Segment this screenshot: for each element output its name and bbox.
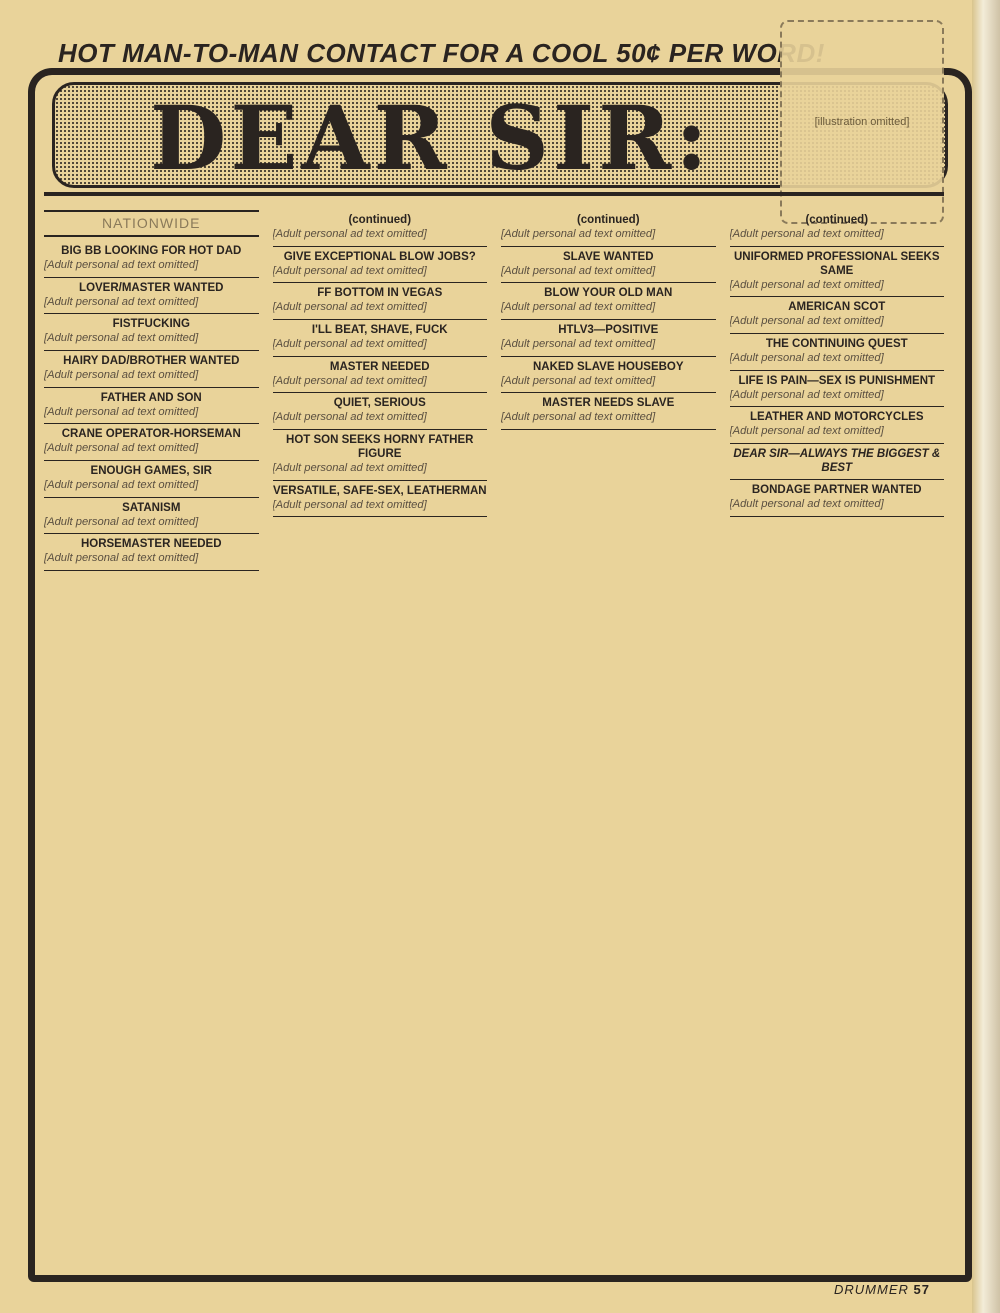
personal-ad: VERSATILE, SAFE-SEX, LEATHERMAN[Adult pe… <box>273 481 488 518</box>
personal-ad: DEAR SIR—ALWAYS THE BIGGEST & BEST <box>730 444 945 480</box>
ad-heading: SLAVE WANTED <box>501 250 716 264</box>
personal-ad: CRANE OPERATOR-HORSEMAN[Adult personal a… <box>44 424 259 461</box>
personal-ad: LIFE IS PAIN—SEX IS PUNISHMENT[Adult per… <box>730 371 945 408</box>
section-heading: NATIONWIDE <box>44 210 259 237</box>
column-1: NATIONWIDE BIG BB LOOKING FOR HOT DAD[Ad… <box>44 210 259 1250</box>
ad-body: [Adult personal ad text omitted] <box>273 375 488 389</box>
ad-body: [Adult personal ad text omitted] <box>501 375 716 389</box>
page-number: 57 <box>914 1282 930 1297</box>
personal-ad: LEATHER AND MOTORCYCLES[Adult personal a… <box>730 407 945 444</box>
ad-heading: LEATHER AND MOTORCYCLES <box>730 410 945 424</box>
personal-ad: GIVE EXCEPTIONAL BLOW JOBS?[Adult person… <box>273 247 488 284</box>
ad-heading: LIFE IS PAIN—SEX IS PUNISHMENT <box>730 374 945 388</box>
ad-heading: MASTER NEEDS SLAVE <box>501 396 716 410</box>
ad-body: [Adult personal ad text omitted] <box>44 406 259 420</box>
personal-ad: I'LL BEAT, SHAVE, FUCK[Adult personal ad… <box>273 320 488 357</box>
personal-ad: BIG BB LOOKING FOR HOT DAD[Adult persona… <box>44 241 259 278</box>
ad-body: [Adult personal ad text omitted] <box>273 228 488 242</box>
ad-heading: MASTER NEEDED <box>273 360 488 374</box>
ad-body: [Adult personal ad text omitted] <box>273 411 488 425</box>
ad-body: [Adult personal ad text omitted] <box>730 498 945 512</box>
ad-heading: (continued) <box>730 213 945 227</box>
ad-heading: HORSEMASTER NEEDED <box>44 537 259 551</box>
ad-heading: (continued) <box>273 213 488 227</box>
personal-ad: UNIFORMED PROFESSIONAL SEEKS SAME[Adult … <box>730 247 945 298</box>
ad-body: [Adult personal ad text omitted] <box>730 228 945 242</box>
personal-ad: QUIET, SERIOUS[Adult personal ad text om… <box>273 393 488 430</box>
tagline: HOT MAN-TO-MAN CONTACT FOR A COOL 50¢ PE… <box>58 38 825 69</box>
ad-heading: AMERICAN SCOT <box>730 300 945 314</box>
ad-heading: HTLV3—POSITIVE <box>501 323 716 337</box>
ad-body: [Adult personal ad text omitted] <box>44 479 259 493</box>
ad-heading: LOVER/MASTER WANTED <box>44 281 259 295</box>
divider <box>44 192 944 196</box>
ad-body: [Adult personal ad text omitted] <box>44 296 259 310</box>
ad-heading: I'LL BEAT, SHAVE, FUCK <box>273 323 488 337</box>
personal-ad: MASTER NEEDED[Adult personal ad text omi… <box>273 357 488 394</box>
personal-ad: FF BOTTOM IN VEGAS[Adult personal ad tex… <box>273 283 488 320</box>
ad-heading: FF BOTTOM IN VEGAS <box>273 286 488 300</box>
personal-ad: FATHER AND SON[Adult personal ad text om… <box>44 388 259 425</box>
ad-body: [Adult personal ad text omitted] <box>501 338 716 352</box>
ad-heading: SATANISM <box>44 501 259 515</box>
ad-body: [Adult personal ad text omitted] <box>730 279 945 293</box>
personal-ad: HOT SON SEEKS HORNY FATHER FIGURE[Adult … <box>273 430 488 481</box>
ad-body: [Adult personal ad text omitted] <box>44 259 259 273</box>
ad-columns: NATIONWIDE BIG BB LOOKING FOR HOT DAD[Ad… <box>44 210 944 1250</box>
ad-heading: BIG BB LOOKING FOR HOT DAD <box>44 244 259 258</box>
personal-ad: FISTFUCKING[Adult personal ad text omitt… <box>44 314 259 351</box>
personal-ad: THE CONTINUING QUEST[Adult personal ad t… <box>730 334 945 371</box>
ad-body: [Adult personal ad text omitted] <box>730 425 945 439</box>
personal-ad: NAKED SLAVE HOUSEBOY[Adult personal ad t… <box>501 357 716 394</box>
personal-ad: HORSEMASTER NEEDED[Adult personal ad tex… <box>44 534 259 571</box>
ad-body: [Adult personal ad text omitted] <box>44 552 259 566</box>
ad-heading: UNIFORMED PROFESSIONAL SEEKS SAME <box>730 250 945 278</box>
ad-body: [Adult personal ad text omitted] <box>44 369 259 383</box>
personal-ad: (continued)[Adult personal ad text omitt… <box>730 210 945 247</box>
ad-heading: HAIRY DAD/BROTHER WANTED <box>44 354 259 368</box>
column-3: (continued)[Adult personal ad text omitt… <box>501 210 716 1250</box>
column-4: (continued)[Adult personal ad text omitt… <box>730 210 945 1250</box>
ad-body: [Adult personal ad text omitted] <box>273 499 488 513</box>
ad-heading: THE CONTINUING QUEST <box>730 337 945 351</box>
ad-heading: BONDAGE PARTNER WANTED <box>730 483 945 497</box>
ad-body: [Adult personal ad text omitted] <box>273 338 488 352</box>
ad-heading: BLOW YOUR OLD MAN <box>501 286 716 300</box>
personal-ad: LOVER/MASTER WANTED[Adult personal ad te… <box>44 278 259 315</box>
ad-heading: ENOUGH GAMES, SIR <box>44 464 259 478</box>
page-edge <box>972 0 1000 1313</box>
ad-heading: GIVE EXCEPTIONAL BLOW JOBS? <box>273 250 488 264</box>
ad-body: [Adult personal ad text omitted] <box>273 301 488 315</box>
personal-ad: SATANISM[Adult personal ad text omitted] <box>44 498 259 535</box>
ad-body: [Adult personal ad text omitted] <box>501 411 716 425</box>
ad-body: [Adult personal ad text omitted] <box>273 462 488 476</box>
ad-heading: (continued) <box>501 213 716 227</box>
ad-body: [Adult personal ad text omitted] <box>273 265 488 279</box>
personal-ad: BONDAGE PARTNER WANTED[Adult personal ad… <box>730 480 945 517</box>
personal-ad: SLAVE WANTED[Adult personal ad text omit… <box>501 247 716 284</box>
ad-body: [Adult personal ad text omitted] <box>44 442 259 456</box>
ad-body: [Adult personal ad text omitted] <box>730 389 945 403</box>
ad-heading: HOT SON SEEKS HORNY FATHER FIGURE <box>273 433 488 461</box>
ad-body: [Adult personal ad text omitted] <box>730 352 945 366</box>
publication-name: DRUMMER <box>834 1282 909 1297</box>
ad-body: [Adult personal ad text omitted] <box>44 332 259 346</box>
ad-heading: FATHER AND SON <box>44 391 259 405</box>
personal-ad: HTLV3—POSITIVE[Adult personal ad text om… <box>501 320 716 357</box>
personal-ad: (continued)[Adult personal ad text omitt… <box>273 210 488 247</box>
personal-ad: (continued)[Adult personal ad text omitt… <box>501 210 716 247</box>
page-title: DEAR SIR: <box>150 86 712 190</box>
personal-ad: HAIRY DAD/BROTHER WANTED[Adult personal … <box>44 351 259 388</box>
ad-heading: QUIET, SERIOUS <box>273 396 488 410</box>
column-2: (continued)[Adult personal ad text omitt… <box>273 210 488 1250</box>
ad-body: [Adult personal ad text omitted] <box>44 516 259 530</box>
page-footer: DRUMMER 57 <box>834 1282 930 1297</box>
ad-heading: NAKED SLAVE HOUSEBOY <box>501 360 716 374</box>
ad-body: [Adult personal ad text omitted] <box>501 301 716 315</box>
ad-body: [Adult personal ad text omitted] <box>501 228 716 242</box>
personal-ad: AMERICAN SCOT[Adult personal ad text omi… <box>730 297 945 334</box>
ad-body: [Adult personal ad text omitted] <box>730 315 945 329</box>
ad-heading: VERSATILE, SAFE-SEX, LEATHERMAN <box>273 484 488 498</box>
personal-ad: ENOUGH GAMES, SIR[Adult personal ad text… <box>44 461 259 498</box>
personal-ad: BLOW YOUR OLD MAN[Adult personal ad text… <box>501 283 716 320</box>
personal-ad: MASTER NEEDS SLAVE[Adult personal ad tex… <box>501 393 716 430</box>
ad-heading: CRANE OPERATOR-HORSEMAN <box>44 427 259 441</box>
ad-heading: DEAR SIR—ALWAYS THE BIGGEST & BEST <box>730 447 945 475</box>
ad-body: [Adult personal ad text omitted] <box>501 265 716 279</box>
ad-heading: FISTFUCKING <box>44 317 259 331</box>
